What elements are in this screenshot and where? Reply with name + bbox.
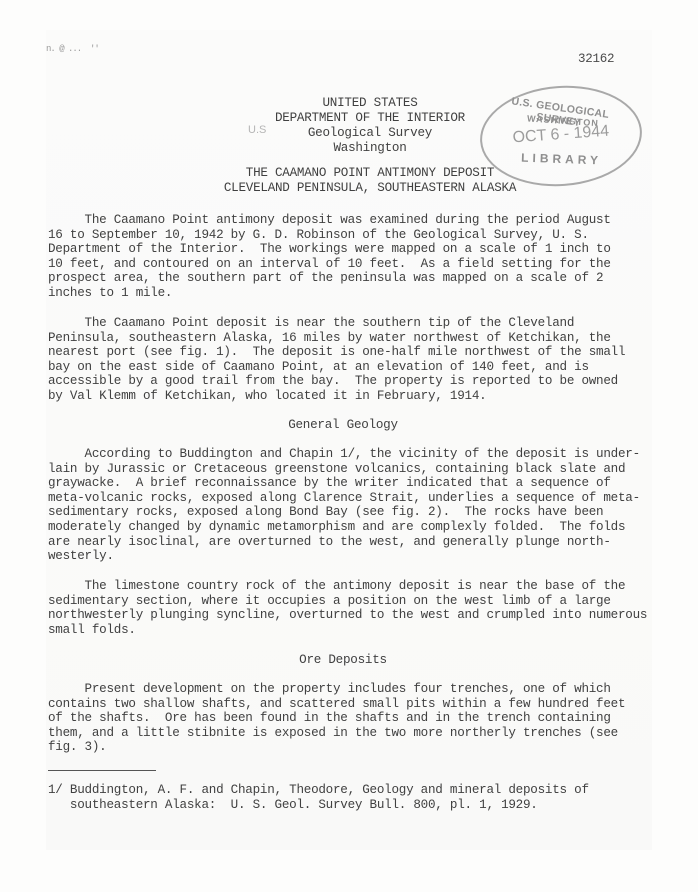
text-line: meta-volcanic rocks, exposed along Clare… <box>48 491 648 506</box>
footnote: 1/ Buddington, A. F. and Chapin, Theodor… <box>48 783 648 812</box>
document-page: n. @ ... '' 32162 UNITED STATES DEPARTME… <box>0 0 698 892</box>
section-heading: General Geology <box>48 418 638 432</box>
stamp-date: OCT 6 - 1944 <box>491 121 630 149</box>
text-line: sedimentary section, where it occupies a… <box>48 594 648 609</box>
text-line: accessible by a good trail from the bay.… <box>48 374 648 389</box>
footnote-line: 1/ Buddington, A. F. and Chapin, Theodor… <box>48 783 648 798</box>
text-line: moderately changed by dynamic metamorphi… <box>48 520 648 535</box>
title-line-2: CLEVELAND PENINSULA, SOUTHEASTERN ALASKA <box>150 181 590 195</box>
text-line: them, and a little stibnite is exposed i… <box>48 726 648 741</box>
text-line: Department of the Interior. The workings… <box>48 242 648 257</box>
paragraph: The Caamano Point antimony deposit was e… <box>48 213 648 301</box>
text-line: inches to 1 mile. <box>48 286 648 301</box>
text-line: 10 feet, and contoured on an interval of… <box>48 257 648 272</box>
text-line: The Caamano Point deposit is near the so… <box>48 316 648 331</box>
text-line: by Val Klemm of Ketchikan, who located i… <box>48 389 648 404</box>
paragraph: The Caamano Point deposit is near the so… <box>48 316 648 404</box>
text-line: sedimentary rocks, exposed along Bond Ba… <box>48 505 648 520</box>
text-line: fig. 3). <box>48 740 648 755</box>
text-line: 16 to September 10, 1942 by G. D. Robins… <box>48 228 648 243</box>
paragraph: Present development on the property incl… <box>48 682 648 755</box>
text-line: of the shafts. Ore has been found in the… <box>48 711 648 726</box>
document-number: 32162 <box>578 52 614 66</box>
corner-mark: n. @ ... '' <box>46 44 99 54</box>
paragraph: The limestone country rock of the antimo… <box>48 579 648 637</box>
text-line: Peninsula, southeastern Alaska, 16 miles… <box>48 331 648 346</box>
text-line: lain by Jurassic or Cretaceous greenston… <box>48 462 648 477</box>
text-line: small folds. <box>48 623 648 638</box>
text-line: northwesterly plunging syncline, overtur… <box>48 608 648 623</box>
footnote-line: southeastern Alaska: U. S. Geol. Survey … <box>48 798 648 813</box>
text-line: contains two shallow shafts, and scatter… <box>48 697 648 712</box>
text-line: Present development on the property incl… <box>48 682 648 697</box>
text-line: The limestone country rock of the antimo… <box>48 579 648 594</box>
text-line: The Caamano Point antimony deposit was e… <box>48 213 648 228</box>
section-heading: Ore Deposits <box>48 653 638 667</box>
text-line: prospect area, the southern part of the … <box>48 271 648 286</box>
text-line: bay on the east side of Caamano Point, a… <box>48 360 648 375</box>
paragraph: According to Buddington and Chapin 1/, t… <box>48 447 648 564</box>
text-line: According to Buddington and Chapin 1/, t… <box>48 447 648 462</box>
text-line: westerly. <box>48 549 648 564</box>
text-line: nearest port (see fig. 1). The deposit i… <box>48 345 648 360</box>
stamp-library: LIBRARY <box>501 150 621 168</box>
text-line: graywacke. A brief reconnaissance by the… <box>48 476 648 491</box>
footnote-rule <box>48 770 156 771</box>
text-line: are nearly isoclinal, are overturned to … <box>48 535 648 550</box>
